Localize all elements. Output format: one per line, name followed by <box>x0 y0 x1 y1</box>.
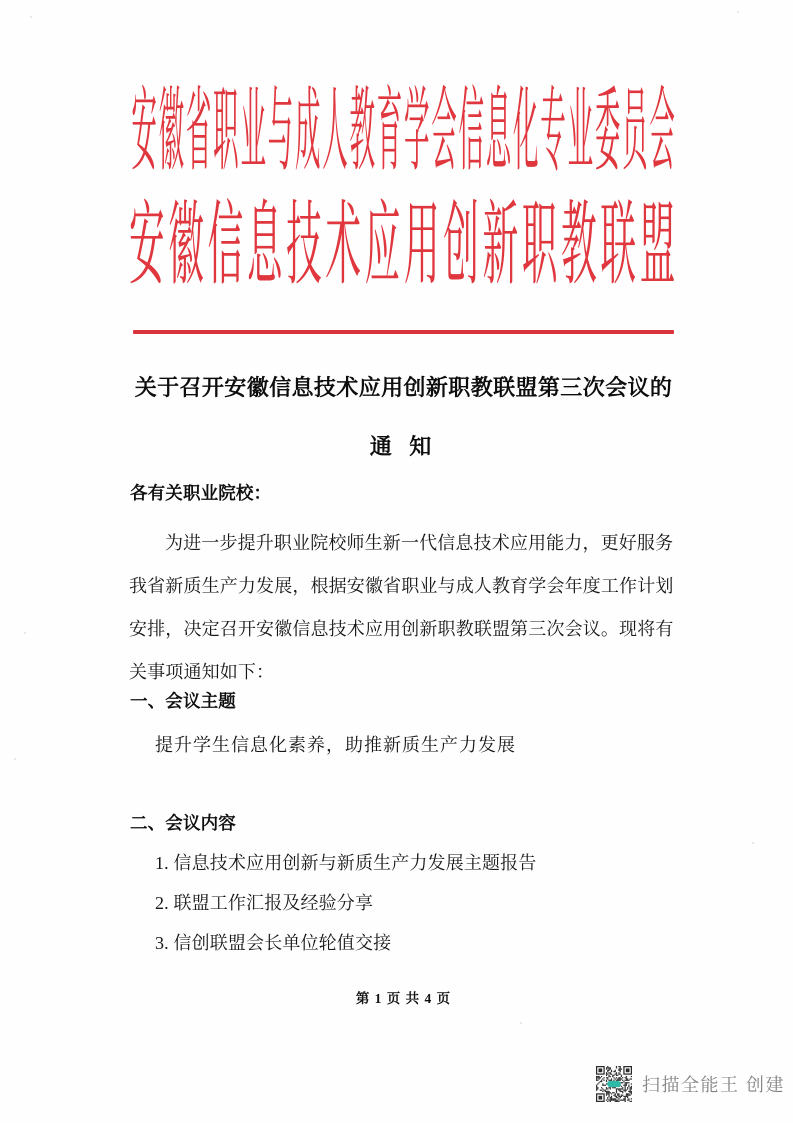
scan-speck <box>520 1022 522 1024</box>
camscanner-label: 扫描全能王 创建 <box>642 1071 785 1097</box>
notice-title-line-1: 关于召开安徽信息技术应用创新职教联盟第三次会议的 <box>14 371 793 402</box>
paragraph-line: 关事项通知如下： <box>129 658 274 684</box>
paragraph-line: 为进一步提升职业院校师生新一代信息技术应用能力，更好服务 <box>165 529 673 555</box>
section-2-item: 1. 信息技术应用创新与新质生产力发展主题报告 <box>155 849 536 875</box>
qr-code-icon <box>596 1066 632 1102</box>
notice-title-line-2: 通 知 <box>14 430 793 461</box>
letterhead-org-name: 安徽省职业与成人教育学会信息化专业委员会 <box>131 83 676 182</box>
red-divider-rule <box>133 330 674 334</box>
scan-speck <box>30 16 32 18</box>
qr-code-graphic <box>596 1066 632 1102</box>
salutation: 各有关职业院校： <box>130 480 271 505</box>
scan-speck <box>752 842 754 844</box>
letterhead-line-1: 安徽省职业与成人教育学会信息化专业委员会 <box>14 85 793 180</box>
section-heading-1: 一、会议主题 <box>130 688 236 713</box>
scan-speck <box>737 11 739 13</box>
section-2-item: 2. 联盟工作汇报及经验分享 <box>155 889 373 915</box>
section-heading-2: 二、会议内容 <box>130 810 236 835</box>
paragraph-line: 安排，决定召开安徽信息技术应用创新职教联盟第三次会议。现将有 <box>129 615 674 641</box>
camscanner-watermark: 扫描全能王 创建 <box>596 1066 785 1102</box>
section-2-item: 3. 信创联盟会长单位轮值交接 <box>155 929 391 955</box>
letterhead-alliance-name: 安徽信息技术应用创新职教联盟 <box>129 197 679 296</box>
page-number: 第 1 页 共 4 页 <box>14 987 793 1007</box>
scan-speck <box>24 632 26 634</box>
scanned-notice-page: 安徽省职业与成人教育学会信息化专业委员会 安徽信息技术应用创新职教联盟 关于召开… <box>0 0 793 1123</box>
paragraph-line: 我省新质生产力发展，根据安徽省职业与成人教育学会年度工作计划 <box>129 572 674 598</box>
section-1-item: 提升学生信息化素养，助推新质生产力发展 <box>155 731 516 757</box>
scan-speck <box>14 758 16 760</box>
letterhead-line-2: 安徽信息技术应用创新职教联盟 <box>14 199 793 294</box>
